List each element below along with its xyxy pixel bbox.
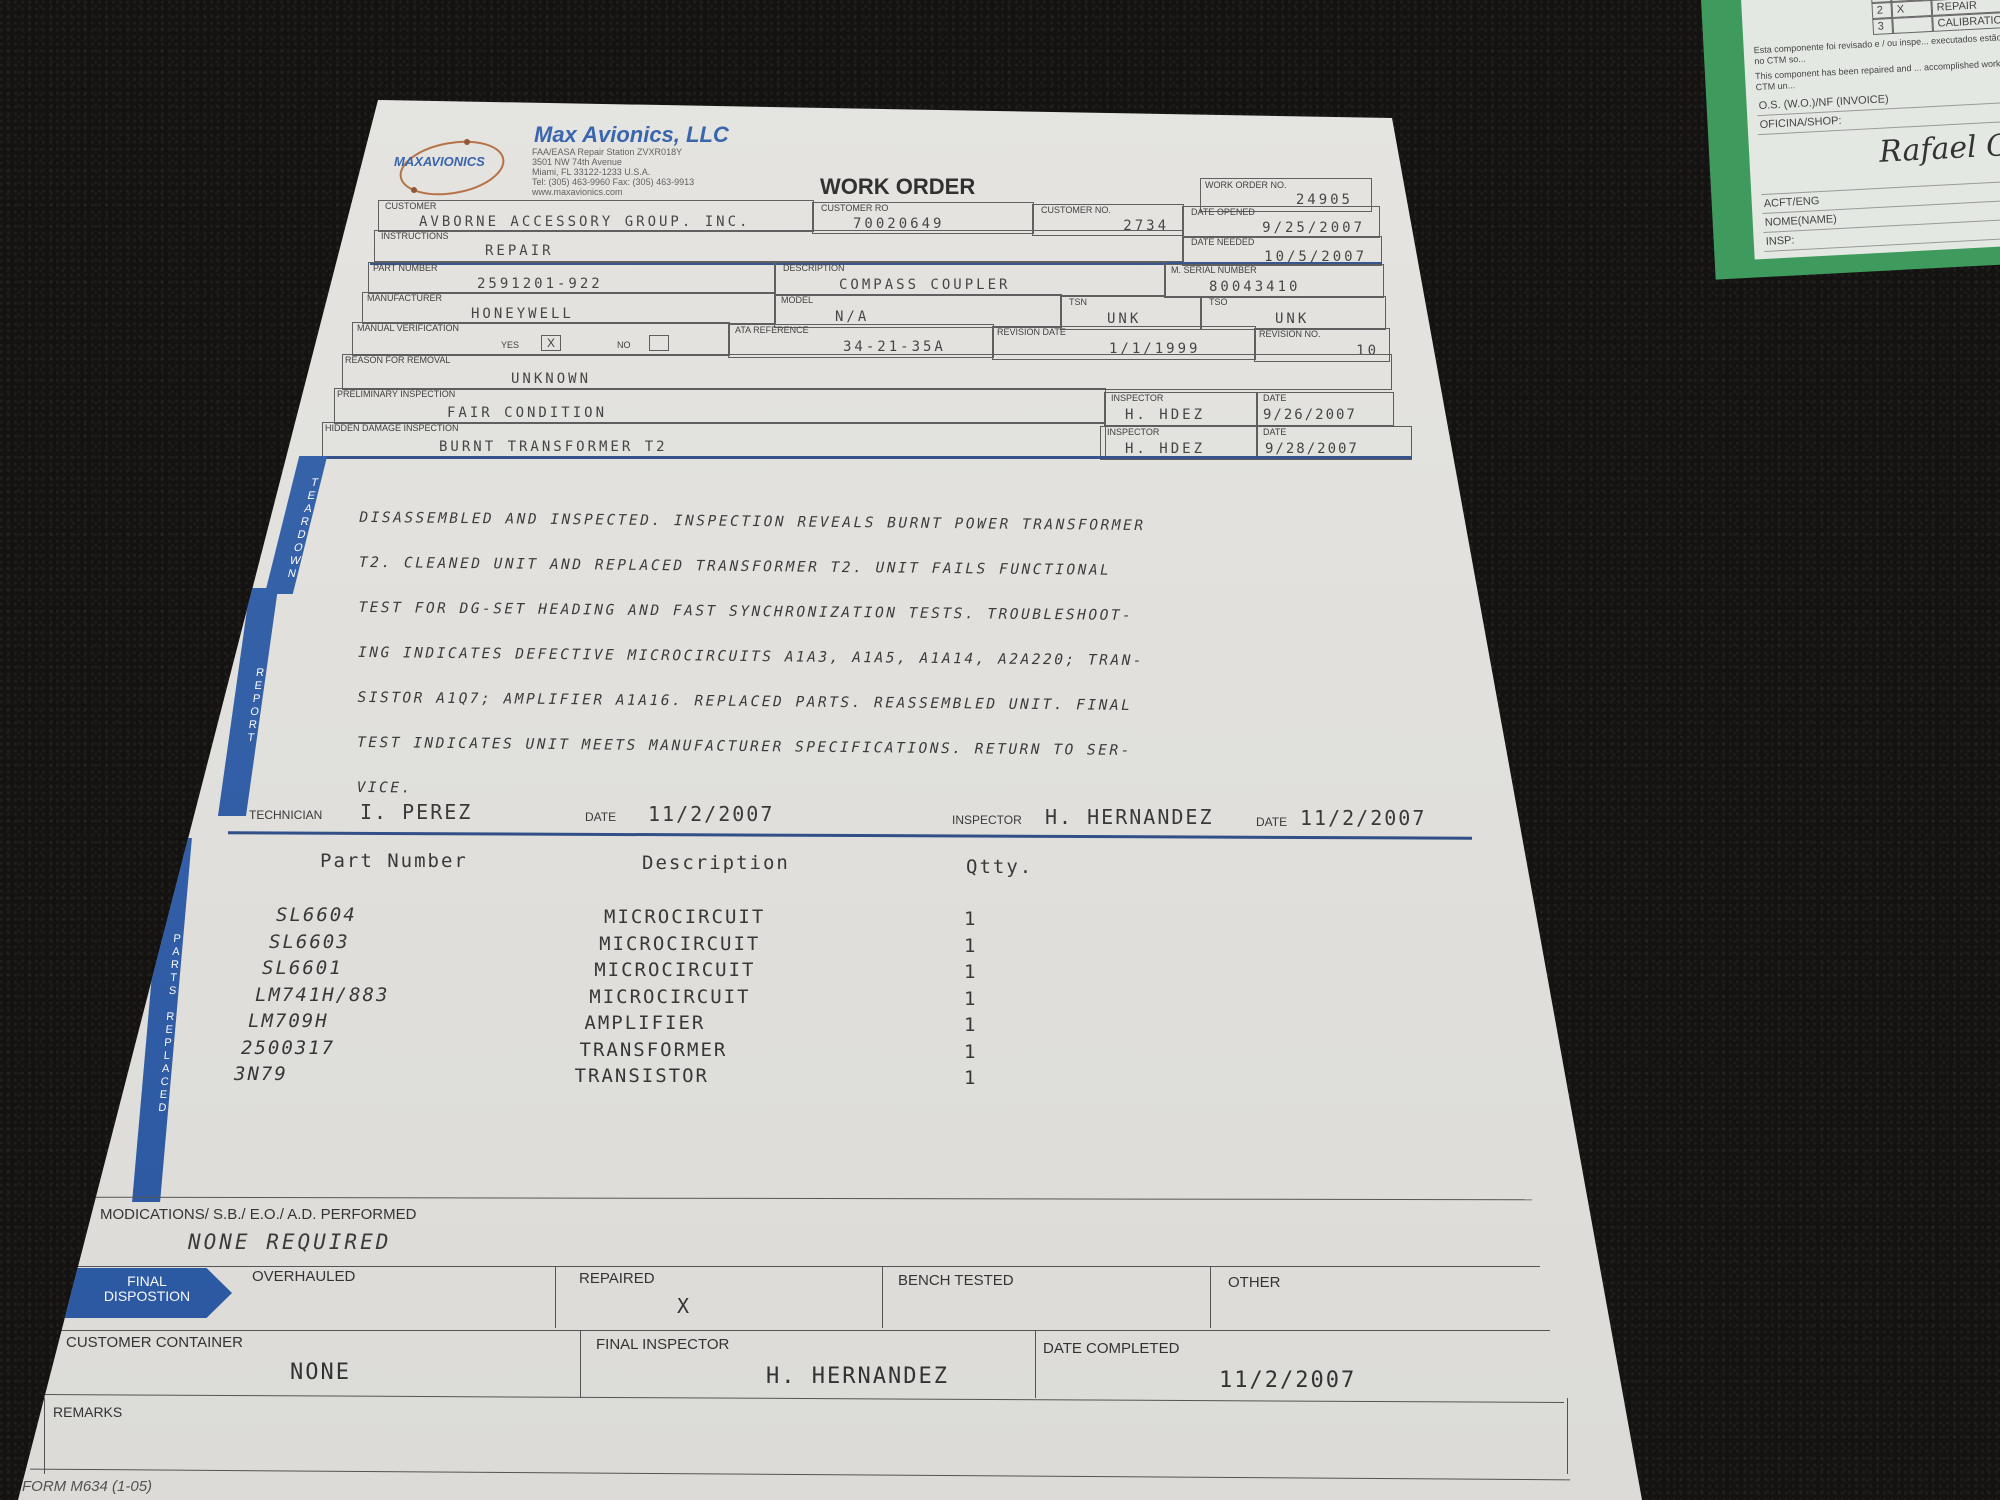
manual-verification-label: MANUAL VERIFICATION bbox=[357, 323, 459, 333]
technician-value: I. PEREZ bbox=[360, 800, 472, 824]
report-line: VICE. bbox=[357, 781, 1143, 804]
work-order-form: MAXAVIONICS Max Avionics, LLC FAA/EASA R… bbox=[0, 0, 2000, 1500]
date-opened-value: 9/25/2007 bbox=[1262, 220, 1365, 236]
report-label: REPORT bbox=[244, 667, 267, 745]
insp-date-label: DATE bbox=[1256, 815, 1287, 829]
company-address: FAA/EASA Repair Station ZVXR018Y 3501 NW… bbox=[532, 147, 694, 197]
divider bbox=[92, 1197, 1532, 1201]
customer-value: AVBORNE ACCESSORY GROUP. INC. bbox=[419, 214, 750, 230]
overhauled-label: OVERHAULED bbox=[252, 1268, 355, 1285]
repaired-cell: REPAIRED X bbox=[555, 1266, 883, 1328]
no-label: NO bbox=[617, 340, 631, 350]
inspector-label: INSPECTOR bbox=[952, 813, 1022, 827]
address-line: www.maxavionics.com bbox=[532, 187, 694, 197]
date-opened-label: DATE OPENED bbox=[1191, 207, 1255, 217]
insp-date-value: 11/2/2007 bbox=[1300, 806, 1426, 830]
report-side-label: REPORT bbox=[218, 588, 278, 816]
description-field: DESCRIPTION COMPASS COUPLER bbox=[774, 262, 1166, 296]
prelim-inspector-value: H. HDEZ bbox=[1125, 407, 1205, 423]
part-description: AMPLIFIER bbox=[584, 1012, 705, 1034]
date-completed-label: DATE COMPLETED bbox=[1043, 1340, 1179, 1357]
customer-ro-label: CUSTOMER RO bbox=[821, 203, 888, 213]
work-order-number-box: WORK ORDER No. 24905 bbox=[1200, 178, 1372, 212]
part-description: MICROCIRCUIT bbox=[604, 906, 765, 928]
green-service-tag: 1 OVERHAUL 2 X REPAIR 3 CALIBRATION Esta… bbox=[1700, 0, 2000, 280]
logo-text: MAXAVIONICS bbox=[394, 154, 485, 169]
part-qty: 1 bbox=[964, 935, 977, 957]
date-opened-field: DATE OPENED 9/25/2007 bbox=[1182, 206, 1380, 238]
work-order-number-label: WORK ORDER No. bbox=[1205, 180, 1287, 190]
divider bbox=[30, 1469, 1570, 1481]
work-order-number: 24905 bbox=[1296, 192, 1353, 208]
yes-checkbox[interactable]: X bbox=[541, 335, 561, 351]
date-needed-value: 10/5/2007 bbox=[1264, 249, 1367, 265]
parts-header-part-number: Part Number bbox=[320, 850, 468, 872]
ata-reference-field: ATA REFERENCE 34-21-35A bbox=[728, 324, 994, 358]
parts-replaced-label: PARTS REPLACED bbox=[156, 933, 184, 1115]
reason-for-removal-field: REASON FOR REMOVAL UNKNOWN bbox=[342, 354, 1392, 390]
divider bbox=[52, 1330, 1550, 1331]
tag-option-num: 3 bbox=[1872, 18, 1893, 35]
date-completed-value: 11/2/2007 bbox=[1219, 1368, 1356, 1393]
customer-no-label: CUSTOMER No. bbox=[1041, 205, 1111, 215]
customer-container-cell: CUSTOMER CONTAINER NONE bbox=[52, 1330, 581, 1398]
address-line: FAA/EASA Repair Station ZVXR018Y bbox=[532, 147, 694, 157]
part-number: SL6604 bbox=[276, 904, 357, 926]
report-line: SISTOR A1Q7; AMPLIFIER A1A16. REPLACED P… bbox=[357, 691, 1143, 714]
part-description: MICROCIRCUIT bbox=[599, 933, 760, 955]
final-inspector-value: H. HERNANDEZ bbox=[766, 1364, 949, 1389]
part-number-field: PART NUMBER 2591201-922 bbox=[368, 262, 776, 294]
ata-reference-label: ATA REFERENCE bbox=[735, 325, 809, 335]
part-description: TRANSISTOR bbox=[575, 1065, 709, 1087]
manufacturer-value: HONEYWELL bbox=[471, 306, 574, 322]
serial-number-field: M. SERIAL NUMBER 80043410 bbox=[1164, 264, 1384, 298]
customer-label: CUSTOMER bbox=[385, 201, 436, 211]
logo-orbit-icon bbox=[392, 132, 512, 202]
report-line: TEST INDICATES UNIT MEETS MANUFACTURER S… bbox=[357, 736, 1143, 759]
address-line: Miami, FL 33122-1233 U.S.A. bbox=[532, 167, 694, 177]
hidden-damage-value: BURNT TRANSFORMER T2 bbox=[439, 439, 668, 455]
hidden-inspector-value: H. HDEZ bbox=[1125, 441, 1205, 457]
instructions-label: INSTRUCTIONS bbox=[381, 231, 449, 241]
hidden-date-value: 9/28/2007 bbox=[1265, 441, 1359, 457]
report-line: T2. CLEANED UNIT AND REPLACED TRANSFORME… bbox=[359, 556, 1145, 579]
hidden-damage-label: HIDDEN DAMAGE INSPECTION bbox=[325, 423, 459, 433]
part-qty: 1 bbox=[964, 1067, 977, 1089]
no-checkbox[interactable] bbox=[649, 335, 669, 351]
customer-ro-value: 70020649 bbox=[853, 216, 944, 232]
part-number-value: 2591201-922 bbox=[477, 276, 603, 292]
report-line: TEST FOR DG-SET HEADING AND FAST SYNCHRO… bbox=[358, 601, 1144, 624]
tsn-label: TSN bbox=[1069, 297, 1087, 307]
customer-no-field: CUSTOMER No. 2734 bbox=[1032, 204, 1184, 236]
parts-side-label: PARTS REPLACED bbox=[132, 838, 192, 1202]
hidden-inspector-label: INSPECTOR bbox=[1107, 427, 1159, 437]
divider bbox=[44, 1394, 1564, 1403]
address-line: 3501 NW 74th Avenue bbox=[532, 157, 694, 167]
part-description: MICROCIRCUIT bbox=[594, 959, 755, 981]
manufacturer-field: MANUFACTURER HONEYWELL bbox=[362, 292, 776, 324]
instructions-field: INSTRUCTIONS REPAIR bbox=[374, 230, 1184, 262]
date-needed-label: DATE NEEDED bbox=[1191, 237, 1254, 247]
modifications-value: NONE REQUIRED bbox=[188, 1230, 391, 1254]
tso-value: UNK bbox=[1275, 311, 1309, 327]
tag-signature: Rafael C bbox=[1878, 125, 2000, 169]
part-number: 3N79 bbox=[234, 1063, 288, 1085]
inspector-value: H. HERNANDEZ bbox=[1045, 805, 1214, 829]
customer-field: CUSTOMER AVBORNE ACCESSORY GROUP. INC. bbox=[378, 200, 814, 232]
company-logo: MAXAVIONICS bbox=[392, 132, 512, 202]
tsn-value: UNK bbox=[1107, 311, 1141, 327]
part-qty: 1 bbox=[964, 1041, 977, 1063]
modifications-label: MODICATIONS/ S.B./ E.O./ A.D. PERFORMED bbox=[100, 1206, 416, 1223]
revision-date-label: REVISION DATE bbox=[997, 327, 1066, 337]
remarks-label: REMARKS bbox=[53, 1404, 122, 1420]
serial-number-label: M. SERIAL NUMBER bbox=[1171, 265, 1257, 275]
description-label: DESCRIPTION bbox=[783, 263, 845, 273]
reason-value: UNKNOWN bbox=[511, 371, 591, 387]
bench-tested-cell: BENCH TESTED bbox=[882, 1266, 1211, 1328]
technician-label: TECHNICIAN bbox=[249, 808, 322, 822]
part-description: TRANSFORMER bbox=[580, 1039, 728, 1061]
tso-label: TSO bbox=[1209, 297, 1228, 307]
tech-date-value: 11/2/2007 bbox=[648, 802, 774, 826]
revision-no-value: 10 bbox=[1356, 343, 1379, 359]
manufacturer-label: MANUFACTURER bbox=[367, 293, 442, 303]
final-inspector-label: FINAL INSPECTOR bbox=[596, 1336, 729, 1353]
prelim-value: FAIR CONDITION bbox=[447, 405, 607, 421]
customer-container-value: NONE bbox=[290, 1360, 351, 1385]
revision-no-field: REVISION NO. 10 bbox=[1254, 328, 1390, 362]
section-divider bbox=[320, 456, 1412, 459]
customer-ro-field: CUSTOMER RO 70020649 bbox=[812, 202, 1034, 234]
description-value: COMPASS COUPLER bbox=[839, 277, 1010, 293]
divider bbox=[70, 1266, 1540, 1267]
company-name: Max Avionics, LLC bbox=[534, 122, 729, 148]
part-number: LM709H bbox=[248, 1010, 329, 1032]
part-number: SL6601 bbox=[262, 957, 343, 979]
serial-number-value: 80043410 bbox=[1209, 279, 1300, 295]
hidden-inspector-field: INSPECTOR H. HDEZ bbox=[1100, 426, 1258, 460]
part-qty: 1 bbox=[964, 988, 977, 1010]
prelim-date-field: DATE 9/26/2007 bbox=[1256, 392, 1394, 426]
repaired-value: X bbox=[677, 1294, 691, 1318]
part-number: 2500317 bbox=[241, 1037, 335, 1059]
final-disposition-tab: FINAL DISPOSTION bbox=[62, 1268, 232, 1318]
tech-date-label: DATE bbox=[585, 810, 616, 824]
prelim-date-value: 9/26/2007 bbox=[1263, 407, 1357, 423]
overhauled-cell: OVERHAULED bbox=[250, 1266, 556, 1328]
tso-field: TSO UNK bbox=[1200, 296, 1386, 330]
parts-header-qty: Qtty. bbox=[966, 856, 1033, 878]
form-id: FORM M634 (1-05) bbox=[22, 1478, 152, 1495]
date-completed-cell: DATE COMPLETED 11/2/2007 bbox=[1035, 1332, 1550, 1400]
revision-no-label: REVISION NO. bbox=[1259, 329, 1321, 339]
customer-no-value: 2734 bbox=[1123, 218, 1169, 234]
date-needed-field: DATE NEEDED 10/5/2007 bbox=[1182, 236, 1382, 266]
other-cell: OTHER bbox=[1210, 1268, 1540, 1330]
address-line: Tel: (305) 463-9960 Fax: (305) 463-9913 bbox=[532, 177, 694, 187]
prelim-label: PRELIMINARY INSPECTION bbox=[337, 389, 455, 399]
model-value: N/A bbox=[835, 309, 869, 325]
part-description: MICROCIRCUIT bbox=[589, 986, 750, 1008]
tsn-field: TSN UNK bbox=[1060, 296, 1202, 330]
section-divider bbox=[370, 262, 1382, 265]
hidden-date-label: DATE bbox=[1263, 427, 1286, 437]
teardown-report-text: DISASSEMBLED AND INSPECTED. INSPECTION R… bbox=[356, 481, 1146, 834]
yes-label: YES bbox=[501, 340, 519, 350]
reason-label: REASON FOR REMOVAL bbox=[345, 355, 450, 365]
instructions-value: REPAIR bbox=[485, 243, 554, 259]
revision-date-field: REVISION DATE 1/1/1999 bbox=[992, 326, 1256, 360]
remarks-field: REMARKS bbox=[44, 1398, 1568, 1474]
parts-header-description: Description bbox=[642, 852, 790, 874]
tag-body: 1 OVERHAUL 2 X REPAIR 3 CALIBRATION Esta… bbox=[1740, 0, 2000, 260]
other-label: OTHER bbox=[1228, 1274, 1281, 1291]
section-divider bbox=[228, 831, 1472, 839]
final-disposition-label: FINAL DISPOSTION bbox=[92, 1274, 202, 1304]
tag-option-num: 2 bbox=[1871, 2, 1892, 19]
prelim-inspector-field: INSPECTOR H. HDEZ bbox=[1104, 392, 1258, 426]
part-number: LM741H/883 bbox=[255, 984, 389, 1006]
part-number: SL6603 bbox=[269, 931, 350, 953]
repaired-label: REPAIRED bbox=[579, 1270, 655, 1287]
customer-container-label: CUSTOMER CONTAINER bbox=[66, 1334, 243, 1351]
prelim-inspector-label: INSPECTOR bbox=[1111, 393, 1163, 403]
report-line: DISASSEMBLED AND INSPECTED. INSPECTION R… bbox=[359, 511, 1145, 534]
manual-verification-field: MANUAL VERIFICATION YES X NO bbox=[352, 322, 730, 356]
hidden-damage-field: HIDDEN DAMAGE INSPECTION BURNT TRANSFORM… bbox=[322, 422, 1106, 458]
bench-tested-label: BENCH TESTED bbox=[898, 1272, 1014, 1289]
form-title: WORK ORDER bbox=[820, 174, 975, 200]
part-qty: 1 bbox=[964, 908, 977, 930]
ata-reference-value: 34-21-35A bbox=[843, 339, 946, 355]
report-line: ING INDICATES DEFECTIVE MICROCIRCUITS A1… bbox=[358, 646, 1144, 669]
model-label: MODEL bbox=[781, 295, 813, 305]
part-qty: 1 bbox=[964, 1014, 977, 1036]
model-field: MODEL N/A bbox=[774, 294, 1062, 328]
final-inspector-cell: FINAL INSPECTOR H. HERNANDEZ bbox=[580, 1330, 1036, 1398]
revision-date-value: 1/1/1999 bbox=[1109, 341, 1200, 357]
part-number-label: PART NUMBER bbox=[373, 263, 438, 273]
prelim-date-label: DATE bbox=[1263, 393, 1286, 403]
teardown-side-label: TEARDOWN bbox=[265, 456, 327, 594]
part-qty: 1 bbox=[964, 961, 977, 983]
tag-option-check bbox=[1892, 16, 1933, 34]
teardown-label: TEARDOWN bbox=[284, 477, 322, 581]
hidden-date-field: DATE 9/28/2007 bbox=[1256, 426, 1412, 460]
preliminary-inspection-field: PRELIMINARY INSPECTION FAIR CONDITION bbox=[334, 388, 1106, 424]
